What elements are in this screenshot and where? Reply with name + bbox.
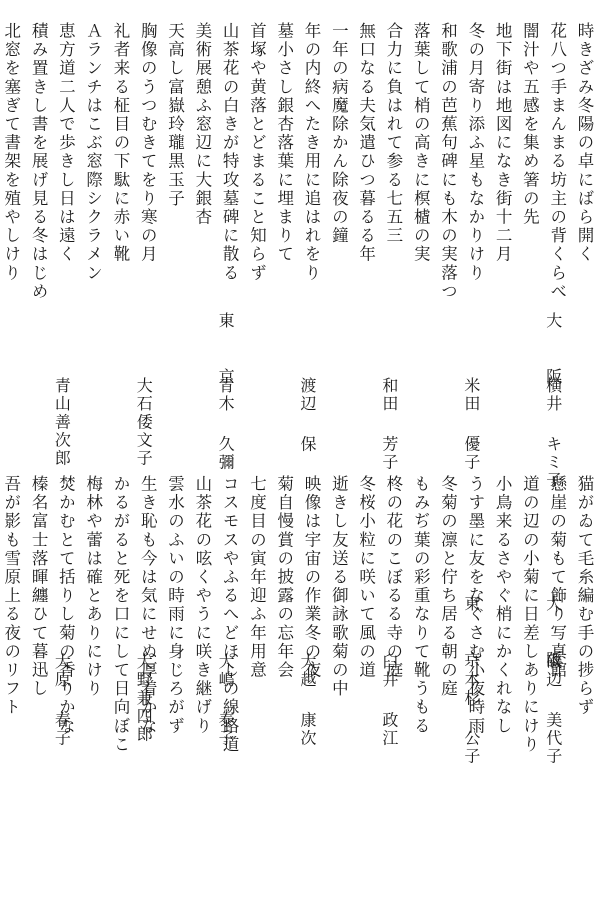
haiku-column: 焚かむとて括りし菊の香りかな大原春子 — [48, 475, 73, 905]
author-family-name: 横井 — [544, 377, 563, 413]
haiku-column: 首塚や黄落とどまること知らず — [239, 22, 264, 442]
haiku-column: コスモスやふるへどほしの線路道大嶋泰子 — [212, 475, 237, 905]
haiku-text: 山茶花の呟くやうに咲き継げり — [193, 475, 210, 905]
haiku-text: 首塚や黄落とどまること知らず — [248, 22, 265, 442]
author-family-name: 大石倭文子 — [134, 377, 153, 468]
haiku-column: 和歌浦の芭蕉句碑にも木の実落つ — [431, 22, 456, 442]
haiku-column: 一年の病魔除かん除夜の鐘 — [321, 22, 346, 442]
haiku-column: 北窓を塞ぎて書架を殖やしけり — [0, 22, 19, 442]
author-name: 大石倭文子 — [135, 377, 151, 468]
author-family-name: 米田 — [462, 377, 481, 413]
author-family-name: 和田 — [380, 377, 399, 413]
author-given-name: 保 — [298, 435, 317, 453]
haiku-column: 七度目の寅年迎ふ年用意 — [239, 475, 264, 905]
author-given-name: 康次 — [298, 711, 317, 747]
author-family-name: 磯辺 — [544, 653, 563, 689]
haiku-column: 生き恥も今は気にせぬ厚着かな大野兼四郎 — [130, 475, 155, 905]
author-name: 米田優子 — [463, 377, 479, 471]
haiku-text: 北窓を塞ぎて書架を殖やしけり — [2, 22, 19, 442]
haiku-column: 柊の花のこぼるる寺の庭臼井政江 — [376, 475, 401, 905]
author-family-name: 渡辺 — [298, 377, 317, 413]
haiku-text: 雲水のふいの時雨に身じろがず — [166, 475, 183, 905]
haiku-column: 無口なる夫気遣ひつ暮るる年 — [349, 22, 374, 442]
author-name: 大越康次 — [299, 653, 315, 747]
haiku-column: Ａランチはこぶ窓際シクラメン — [76, 22, 101, 442]
haiku-text: 闇汁や五感を集め箸の先 — [521, 22, 538, 442]
haiku-column: 積み置きし書を展げ見る冬はじめ — [21, 22, 46, 442]
haiku-column: 梅林や蕾は確とありにけり — [76, 475, 101, 905]
haiku-text: 時きざみ冬陽の卓にばら開く — [576, 22, 593, 442]
author-given-name: 芳子 — [380, 435, 399, 471]
author-name: 磯辺美代子 — [545, 653, 561, 766]
haiku-text: 積み置きし書を展げ見る冬はじめ — [30, 22, 47, 442]
haiku-text: 梅林や蕾は確とありにけり — [84, 475, 101, 905]
author-family-name: 大原 — [52, 653, 71, 689]
haiku-text: 礼者来る柾目の下駄に赤い靴 — [111, 22, 128, 442]
haiku-text: 冬菊の凛と佇ち居る朝の庭 — [439, 475, 456, 905]
haiku-text: 道の辺の小菊に日差しありにけり — [521, 475, 538, 905]
haiku-column: 猫がゐて毛糸編む手の捗らず — [567, 475, 592, 905]
haiku-column: 胸像のうつむきてをり寒の月大石倭文子 — [130, 22, 155, 442]
haiku-text: 菊自慢賞の披露の忘年会 — [275, 475, 292, 905]
haiku-text: 地下街は地図になき街十二月 — [494, 22, 511, 442]
haiku-text: かるがると死を口にして日向ぼこ — [111, 475, 128, 905]
haiku-column: 冬の月寄り添ふ星もなかりけり米田優子 — [458, 22, 483, 442]
haiku-text: 落葉して梢の高きに榠樝の実 — [412, 22, 429, 442]
haiku-column: 冬桜小粒に咲いて風の道 — [349, 475, 374, 905]
haiku-text: もみぢ葉の彩重なりて靴うもる — [412, 475, 429, 905]
author-given-name: 泰子 — [216, 711, 235, 747]
haiku-text: 一年の病魔除かん除夜の鐘 — [330, 22, 347, 442]
haiku-column: 道の辺の小菊に日差しありにけり — [512, 475, 537, 905]
author-given-name: 優子 — [462, 435, 481, 471]
author-name: 大原春子 — [53, 653, 69, 747]
author-family-name: 大野兼四郎 — [134, 653, 153, 744]
haiku-column: 合力に負はれて参る七五三和田芳子 — [376, 22, 401, 442]
author-family-name: 青山善次郎 — [52, 377, 71, 468]
author-given-name: 春子 — [52, 711, 71, 747]
haiku-column: 逝きし友送る御詠歌菊の中 — [321, 475, 346, 905]
author-given-name: 久彌 — [216, 435, 235, 471]
haiku-column: 時きざみ冬陽の卓にばら開く — [567, 22, 592, 442]
haiku-block-bottom: 猫がゐて毛糸編む手の捗らず懸崖の菊もて飾り写真館大 阪磯辺美代子道の辺の小菊に日… — [0, 475, 592, 905]
author-given-name: 公子 — [462, 729, 481, 765]
author-given-name: 美代子 — [544, 711, 563, 765]
haiku-text: 七度目の寅年迎ふ年用意 — [248, 475, 265, 905]
haiku-text: Ａランチはこぶ窓際シクラメン — [84, 22, 101, 442]
author-family-name: 大嶋 — [216, 653, 235, 689]
haiku-text: 吾が影も雪原上る夜のリフト — [2, 475, 19, 905]
haiku-text: 逝きし友送る御詠歌菊の中 — [330, 475, 347, 905]
author-family-name: 青木 — [216, 377, 235, 413]
author-name: 青木久彌 — [217, 377, 233, 471]
haiku-column: 映像は宇宙の作業冬の夜大越康次 — [294, 475, 319, 905]
haiku-column: 恵方道二人で歩きし日は遠く青山善次郎 — [48, 22, 73, 442]
author-family-name: 大越 — [298, 653, 317, 689]
author-family-name: 一本杉 — [462, 653, 481, 707]
haiku-text: 墓小さし銀杏落葉に埋まりて — [275, 22, 292, 442]
haiku-column: 落葉して梢の高きに榠樝の実 — [403, 22, 428, 442]
haiku-column: 美術展憩ふ窓辺に大銀杏 — [185, 22, 210, 442]
haiku-column: 山茶花の呟くやうに咲き継げり — [185, 475, 210, 905]
haiku-column: 礼者来る柾目の下駄に赤い靴 — [103, 22, 128, 442]
author-name: 青山善次郎 — [53, 377, 69, 468]
haiku-column: かるがると死を口にして日向ぼこ — [103, 475, 128, 905]
haiku-text: 美術展憩ふ窓辺に大銀杏 — [193, 22, 210, 442]
haiku-column: 天高し富嶽玲瓏黒玉子 — [158, 22, 183, 442]
haiku-column: 墓小さし銀杏落葉に埋まりて — [267, 22, 292, 442]
haiku-text: 和歌浦の芭蕉句碑にも木の実落つ — [439, 22, 456, 442]
author-name: 渡辺保 — [299, 377, 315, 453]
author-given-name: 政江 — [380, 711, 399, 747]
haiku-column: 冬菊の凛と佇ち居る朝の庭 — [431, 475, 456, 905]
author-name: 大野兼四郎 — [135, 653, 151, 744]
haiku-text: 榛名富士落暉纏ひて暮迅し — [30, 475, 47, 905]
haiku-column: 山茶花の白きが特攻墓碑に散る東 京青木久彌 — [212, 22, 237, 442]
haiku-column: 菊自慢賞の披露の忘年会 — [267, 475, 292, 905]
haiku-column: 吾が影も雪原上る夜のリフト — [0, 475, 19, 905]
haiku-text: 小鳥来るさやぐ梢にかくれなし — [494, 475, 511, 905]
author-name: 和田芳子 — [381, 377, 397, 471]
haiku-column: もみぢ葉の彩重なりて靴うもる — [403, 475, 428, 905]
haiku-column: 闇汁や五感を集め箸の先 — [512, 22, 537, 442]
author-name: 横井キミ子 — [545, 377, 561, 490]
haiku-column: 榛名富士落暉纏ひて暮迅し — [21, 475, 46, 905]
haiku-column: 雲水のふいの時雨に身じろがず — [158, 475, 183, 905]
haiku-text: 冬桜小粒に咲いて風の道 — [357, 475, 374, 905]
haiku-column: 年の内終へたき用に追はれをり渡辺保 — [294, 22, 319, 442]
author-name: 大嶋泰子 — [217, 653, 233, 747]
haiku-column: 懸崖の菊もて飾り写真館大 阪磯辺美代子 — [540, 475, 565, 905]
author-name: 一本杉公子 — [463, 653, 479, 766]
author-family-name: 臼井 — [380, 653, 399, 689]
haiku-column: 小鳥来るさやぐ梢にかくれなし — [485, 475, 510, 905]
haiku-column: 地下街は地図になき街十二月 — [485, 22, 510, 442]
author-name: 臼井政江 — [381, 653, 397, 747]
haiku-column: 花八つ手まんまる坊主の背くらべ大 阪横井キミ子 — [540, 22, 565, 442]
haiku-block-top: 時きざみ冬陽の卓にばら開く花八つ手まんまる坊主の背くらべ大 阪横井キミ子闇汁や五… — [0, 22, 592, 442]
haiku-column: うす墨に友をなぐさむ小夜時雨東 京一本杉公子 — [458, 475, 483, 905]
haiku-text: 無口なる夫気遣ひつ暮るる年 — [357, 22, 374, 442]
haiku-text: 猫がゐて毛糸編む手の捗らず — [576, 475, 593, 905]
haiku-text: 天高し富嶽玲瓏黒玉子 — [166, 22, 183, 442]
